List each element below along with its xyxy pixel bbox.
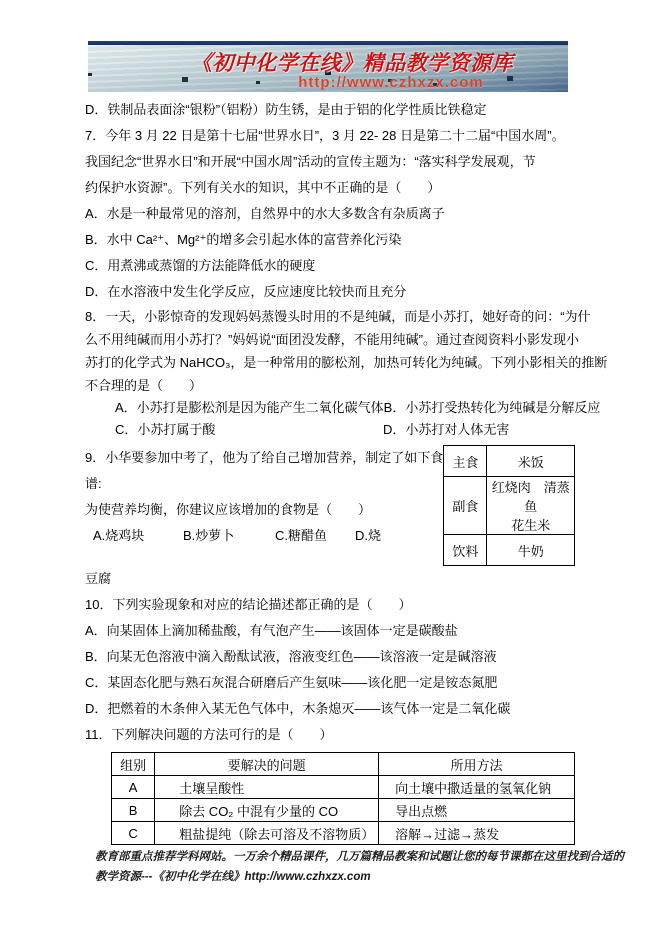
q9-stem-line3: 为使营养均衡，你建议应该增加的食物是（ ）	[85, 497, 443, 523]
row-group: B	[112, 799, 155, 822]
header-method: 所用方法	[379, 753, 575, 776]
question-11: 11．下列解决问题的方法可行的是（ ） 组别 要解决的问题 所用方法 A 土壤呈…	[85, 722, 575, 845]
row-problem: 除去 CO₂ 中混有少量的 CO	[155, 799, 379, 822]
q7-option-a: A．水是一种最常见的溶剂，自然界中的水大多数含有杂质离子	[85, 201, 575, 227]
footer-line1: 教育部重点推荐学科网站。一万余个精品课件，几万篇精品教案和试题让您的每节课都在这…	[95, 847, 570, 867]
header-group: 组别	[112, 753, 155, 776]
q10-option-a: A．向某固体上滴加稀盐酸，有气泡产生——该固体一定是碳酸盐	[85, 618, 575, 644]
q8-stem-line1: 8．一天，小影惊奇的发现妈妈蒸馒头时用的不是纯碱，而是小苏打，她好奇的问：“为什	[85, 305, 575, 328]
table-header-row: 组别 要解决的问题 所用方法	[112, 753, 575, 776]
question-7: 7．今年 3 月 22 日是第十七届“世界水日”，3 月 22- 28 日是第二…	[85, 123, 575, 305]
row-method: 溶解→过滤→蒸发	[379, 822, 575, 845]
q10-stem: 10．下列实验现象和对应的结论描述都正确的是（ ）	[85, 592, 575, 618]
q8-option-b: B．小苏打受热转化为纯碱是分解反应	[384, 397, 601, 419]
q8-option-a: A．小苏打是膨松剂是因为能产生二氧化碳气体	[115, 397, 384, 419]
question-9: 9．小华要参加中考了，他为了给自己增加营养，制定了如下食 谱: 为使营养均衡，你…	[85, 445, 575, 566]
q9-diet-table: 主食 米饭 副食 红烧肉 清蒸鱼 花生米 饮料 牛奶	[443, 445, 575, 566]
q7-option-d: D．在水溶液中发生化学反应，反应速度比较快而且充分	[85, 279, 575, 305]
diet-row-label: 副食	[444, 477, 487, 535]
diet-row-label: 饮料	[444, 535, 487, 566]
diet-value-line: 红烧肉 清蒸鱼	[490, 477, 571, 515]
q9-stem-line1: 9．小华要参加中考了，他为了给自己增加营养，制定了如下食	[85, 445, 443, 471]
q8-option-d: D．小苏打对人体无害	[383, 419, 509, 441]
q11-methods-table: 组别 要解决的问题 所用方法 A 土壤呈酸性 向土壤中撒适量的氢氧化钠 B 除去…	[111, 752, 575, 845]
question-6-remainder: D．铁制品表面涂“银粉”（铝粉）防生锈，是由于铝的化学性质比铁稳定	[85, 97, 575, 123]
q7-option-b: B．水中 Ca²⁺、Mg²⁺的增多会引起水体的富营养化污染	[85, 227, 575, 253]
q10-option-d: D．把燃着的木条伸入某无色气体中，木条熄灭——该气体一定是二氧化碳	[85, 696, 575, 722]
q8-option-c: C．小苏打属于酸	[115, 419, 383, 441]
q7-stem-line3: 约保护水资源”。下列有关水的知识，其中不正确的是（ ）	[85, 175, 575, 201]
q8-options-row-1: A．小苏打是膨松剂是因为能产生二氧化碳气体 B．小苏打受热转化为纯碱是分解反应	[115, 397, 575, 419]
footer-slogan: 教育部重点推荐学科网站。一万余个精品课件，几万篇精品教案和试题让您的每节课都在这…	[95, 847, 570, 887]
row-method: 向土壤中撒适量的氢氧化钠	[379, 776, 575, 799]
diet-row-value: 红烧肉 清蒸鱼 花生米	[487, 477, 575, 535]
q9-option-a: A.烧鸡块	[93, 523, 183, 549]
question-8: 8．一天，小影惊奇的发现妈妈蒸馒头时用的不是纯碱，而是小苏打，她好奇的问：“为什…	[85, 305, 575, 441]
q7-option-c: C．用煮沸或蒸馏的方法能降低水的硬度	[85, 253, 575, 279]
header-problem: 要解决的问题	[155, 753, 379, 776]
table-row: B 除去 CO₂ 中混有少量的 CO 导出点燃	[112, 799, 575, 822]
table-row: 主食 米饭	[444, 446, 575, 477]
q8-stem-line3: 苏打的化学式为 NaHCO₃，是一种常用的膨松剂，加热可转化为纯碱。下列小影相关…	[85, 351, 575, 374]
diet-value-line: 花生米	[490, 515, 571, 534]
question-10: 10．下列实验现象和对应的结论描述都正确的是（ ） A．向某固体上滴加稀盐酸，有…	[85, 592, 575, 722]
banner-site-title: 《初中化学在线》精品教学资源库	[88, 47, 568, 77]
q9-option-d: D.烧	[355, 523, 381, 549]
q11-stem: 11．下列解决问题的方法可行的是（ ）	[85, 722, 575, 748]
row-group: A	[112, 776, 155, 799]
q9-option-d-continuation: 豆腐	[85, 566, 575, 592]
q7-stem-line1: 7．今年 3 月 22 日是第十七届“世界水日”，3 月 22- 28 日是第二…	[85, 123, 575, 149]
q8-stem-line4: 不合理的是（ ）	[85, 374, 575, 397]
table-row: C 粗盐提纯（除去可溶及不溶物质） 溶解→过滤→蒸发	[112, 822, 575, 845]
table-row: 饮料 牛奶	[444, 535, 575, 566]
q7-stem-line2: 我国纪念“世界水日”和开展“中国水周”活动的宣传主题为：“落实科学发展观，节	[85, 149, 575, 175]
exam-body: D．铁制品表面涂“银粉”（铝粉）防生锈，是由于铝的化学性质比铁稳定 7．今年 3…	[85, 97, 575, 845]
table-row: A 土壤呈酸性 向土壤中撒适量的氢氧化钠	[112, 776, 575, 799]
row-method: 导出点燃	[379, 799, 575, 822]
q9-option-b: B.炒萝卜	[183, 523, 275, 549]
q8-options-row-2: C．小苏打属于酸 D．小苏打对人体无害	[115, 419, 575, 441]
row-problem: 粗盐提纯（除去可溶及不溶物质）	[155, 822, 379, 845]
table-row: 副食 红烧肉 清蒸鱼 花生米	[444, 477, 575, 535]
banner-site-url-link[interactable]: http://www.czhxzx.com	[88, 74, 568, 91]
q9-options-row: A.烧鸡块 B.炒萝卜 C.糖醋鱼 D.烧	[93, 523, 443, 549]
exam-document-page: 《初中化学在线》精品教学资源库 http://www.czhxzx.com D．…	[0, 0, 661, 935]
diet-row-label: 主食	[444, 446, 487, 477]
diet-row-value: 米饭	[487, 446, 575, 477]
footer-line2: 教学资源---《初中化学在线》http://www.czhxzx.com	[95, 867, 570, 887]
row-group: C	[112, 822, 155, 845]
site-banner: 《初中化学在线》精品教学资源库 http://www.czhxzx.com	[88, 41, 568, 92]
q9-option-c: C.糖醋鱼	[275, 523, 355, 549]
diet-row-value: 牛奶	[487, 535, 575, 566]
q10-option-b: B．向某无色溶液中滴入酚酞试液，溶液变红色——该溶液一定是碱溶液	[85, 644, 575, 670]
row-problem: 土壤呈酸性	[155, 776, 379, 799]
q10-option-c: C．某固态化肥与熟石灰混合研磨后产生氨味——该化肥一定是铵态氮肥	[85, 670, 575, 696]
q8-stem-line2: 么不用纯碱而用小苏打？”妈妈说“面团没发酵，不能用纯碱”。通过查阅资料小影发现小	[85, 328, 575, 351]
q9-stem-line2: 谱:	[85, 471, 443, 497]
q6-option-d: D．铁制品表面涂“银粉”（铝粉）防生锈，是由于铝的化学性质比铁稳定	[85, 97, 575, 123]
q9-text-column: 9．小华要参加中考了，他为了给自己增加营养，制定了如下食 谱: 为使营养均衡，你…	[85, 445, 443, 566]
